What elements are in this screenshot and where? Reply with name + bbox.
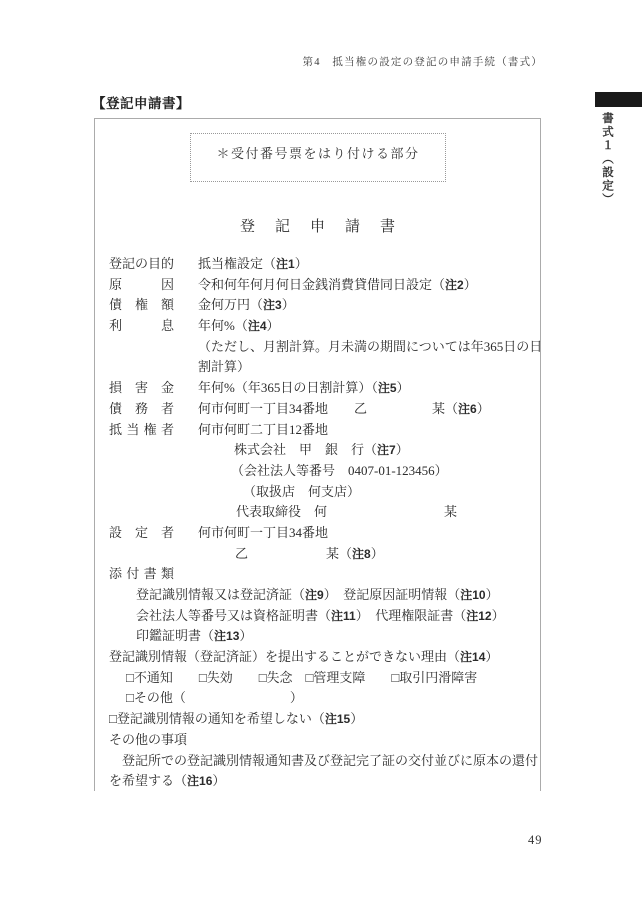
form-line-9: 抵当権者何市何町二丁目12番地 <box>109 420 538 441</box>
line-text: ） 代理権限証書（ <box>356 608 467 623</box>
line-text: （取扱店 何支店） <box>243 484 360 499</box>
line-text: □不通知 □失効 □失念 □管理支障 □取引円滑障害 <box>126 670 477 685</box>
note-reference: 注16 <box>187 774 212 788</box>
form-line-23: □登記識別情報の通知を希望しない（注15） <box>109 709 538 730</box>
form-line-16: 添付書類 <box>109 564 538 585</box>
line-text: ） <box>295 256 308 271</box>
form-line-1: 登記の目的抵当権設定（注1） <box>109 254 538 275</box>
line-text: ） <box>267 318 280 333</box>
field-label: 債務者 <box>109 399 174 420</box>
note-reference: 注4 <box>248 319 267 333</box>
form-line-3: 債権額金何万円（注3） <box>109 295 538 316</box>
line-text: その他の事項 <box>109 732 187 747</box>
line-text: 抵当権設定（ <box>198 256 276 271</box>
note-reference: 注10 <box>460 588 485 602</box>
note-reference: 注6 <box>458 402 477 416</box>
form-line-25: 登記所での登記識別情報通知書及び登記完了証の交付並びに原本の還付 <box>109 751 538 772</box>
receipt-sticker-label: ＊受付番号票をはり付ける部分 <box>216 146 419 161</box>
running-header: 第4 抵当権の設定の登記の申請手続（書式） <box>303 54 543 69</box>
form-line-11: （会社法人等番号 0407-01-123456） <box>109 461 538 482</box>
line-text: 会社法人等番号又は資格証明書（ <box>136 608 331 623</box>
line-text: 乙 某（ <box>235 546 352 561</box>
line-text: 何市何町二丁目12番地 <box>198 422 328 437</box>
line-text: （会社法人等番号 0407-01-123456） <box>231 463 448 478</box>
note-reference: 注5 <box>378 381 397 395</box>
line-text: 登記識別情報又は登記済証（ <box>136 587 305 602</box>
form-line-26: を希望する（注16） <box>109 771 538 792</box>
form-line-24: その他の事項 <box>109 730 538 751</box>
field-label: 原因 <box>109 275 174 296</box>
line-text: 印鑑証明書（ <box>136 628 214 643</box>
form-line-7: 損害金年何%（年365日の日割計算）（注5） <box>109 378 538 399</box>
line-text: 何市何町一丁目34番地 <box>198 525 328 540</box>
form-line-2: 原因令和何年何月何日金銭消費貸借同日設定（注2） <box>109 275 538 296</box>
section-heading: 【登記申請書】 <box>92 92 190 112</box>
note-reference: 注14 <box>460 650 485 664</box>
note-reference: 注3 <box>263 298 282 312</box>
line-text: 令和何年何月何日金銭消費貸借同日設定（ <box>198 277 445 292</box>
line-text: 株式会社 甲 銀 行（ <box>234 442 377 457</box>
line-text: ） <box>371 546 384 561</box>
side-tab-label: 書式１（設定） <box>599 112 615 272</box>
note-reference: 注15 <box>325 712 350 726</box>
form-line-18: 会社法人等番号又は資格証明書（注11） 代理権限証書（注12） <box>109 606 538 627</box>
form-line-20: 登記識別情報（登記済証）を提出することができない理由（注14） <box>109 647 538 668</box>
field-label: 債権額 <box>109 295 174 316</box>
form-line-4: 利息年何%（注4） <box>109 316 538 337</box>
form-line-21: □不通知 □失効 □失念 □管理支障 □取引円滑障害 <box>109 668 538 689</box>
form-line-13: 代表取締役 何 某 <box>109 502 538 523</box>
page-number: 49 <box>528 833 543 848</box>
note-reference: 注8 <box>352 547 371 561</box>
line-text: ） <box>212 773 225 788</box>
note-reference: 注13 <box>214 629 239 643</box>
line-text: 年何%（ <box>198 318 248 333</box>
line-text: 金何万円（ <box>198 297 263 312</box>
line-text: ） <box>492 608 505 623</box>
line-text: ） 登記原因証明情報（ <box>324 587 461 602</box>
side-tab-bar <box>595 92 642 107</box>
line-text: 年何%（年365日の日割計算）（ <box>198 380 378 395</box>
note-reference: 注12 <box>466 609 491 623</box>
line-text: ） <box>485 649 498 664</box>
form-line-6: 割計算） <box>109 357 538 378</box>
line-text: 割計算） <box>198 359 250 374</box>
form-line-10: 株式会社 甲 銀 行（注7） <box>109 440 538 461</box>
note-reference: 注2 <box>445 278 464 292</box>
field-label: 利息 <box>109 316 174 337</box>
line-text: 何市何町一丁目34番地 乙 某（ <box>198 401 458 416</box>
field-label: 登記の目的 <box>109 254 174 275</box>
note-reference: 注1 <box>276 257 295 271</box>
form-line-19: 印鑑証明書（注13） <box>109 626 538 647</box>
line-text: 登記識別情報（登記済証）を提出することができない理由（ <box>109 649 460 664</box>
line-text: □登記識別情報の通知を希望しない（ <box>109 711 325 726</box>
line-text: □その他（ ） <box>126 690 303 705</box>
form-lines: 登記の目的抵当権設定（注1）原因令和何年何月何日金銭消費貸借同日設定（注2）債権… <box>109 254 538 792</box>
line-text: ） <box>477 401 490 416</box>
form-line-5: （ただし、月割計算。月未満の期間については年365日の日 <box>109 337 538 358</box>
field-label: 添付書類 <box>109 564 174 585</box>
note-reference: 注9 <box>305 588 324 602</box>
form-line-8: 債務者何市何町一丁目34番地 乙 某（注6） <box>109 399 538 420</box>
book-page: 第4 抵当権の設定の登記の申請手続（書式） 書式１（設定） 【登記申請書】 ＊受… <box>0 0 642 900</box>
note-reference: 注7 <box>377 443 396 457</box>
line-text: （ただし、月割計算。月未満の期間については年365日の日 <box>198 339 542 354</box>
line-text: 登記所での登記識別情報通知書及び登記完了証の交付並びに原本の還付 <box>122 753 538 768</box>
application-form-box: ＊受付番号票をはり付ける部分 登記申請書 登記の目的抵当権設定（注1）原因令和何… <box>94 118 541 791</box>
line-text: を希望する（ <box>109 773 187 788</box>
field-label: 損害金 <box>109 378 174 399</box>
note-reference: 注11 <box>331 609 356 623</box>
receipt-number-sticker-box: ＊受付番号票をはり付ける部分 <box>190 133 446 182</box>
line-text: ） <box>239 628 252 643</box>
form-line-17: 登記識別情報又は登記済証（注9） 登記原因証明情報（注10） <box>109 585 538 606</box>
line-text: ） <box>464 277 477 292</box>
form-line-22: □その他（ ） <box>109 688 538 709</box>
form-line-12: （取扱店 何支店） <box>109 482 538 503</box>
form-line-15: 乙 某（注8） <box>109 544 538 565</box>
line-text: ） <box>350 711 363 726</box>
field-label: 設定者 <box>109 523 174 544</box>
field-label: 抵当権者 <box>109 420 174 441</box>
form-line-14: 設定者何市何町一丁目34番地 <box>109 523 538 544</box>
line-text: ） <box>397 380 410 395</box>
line-text: ） <box>282 297 295 312</box>
form-title: 登記申請書 <box>95 215 540 236</box>
line-text: 代表取締役 何 某 <box>236 504 457 519</box>
line-text: ） <box>396 442 409 457</box>
line-text: ） <box>486 587 499 602</box>
